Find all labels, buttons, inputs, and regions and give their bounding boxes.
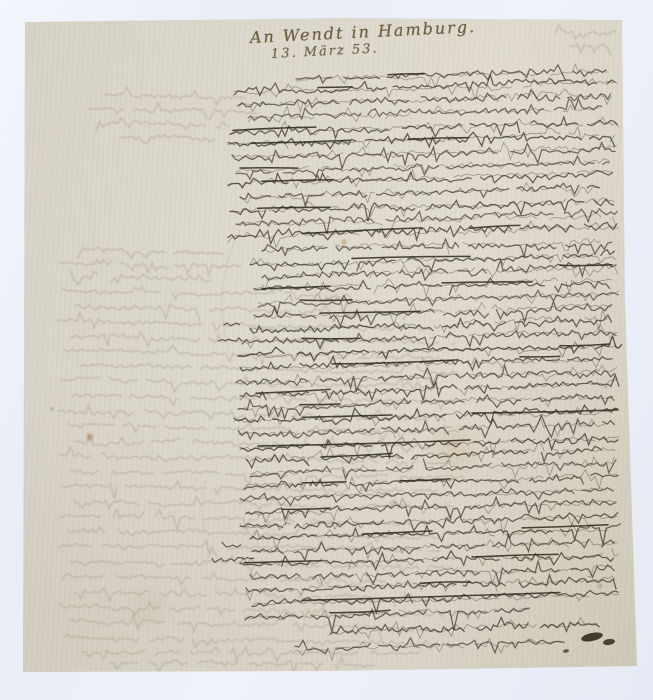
manuscript-page bbox=[0, 0, 653, 700]
scan-root: An Wendt in Hamburg. 13. März 53. bbox=[0, 0, 653, 700]
